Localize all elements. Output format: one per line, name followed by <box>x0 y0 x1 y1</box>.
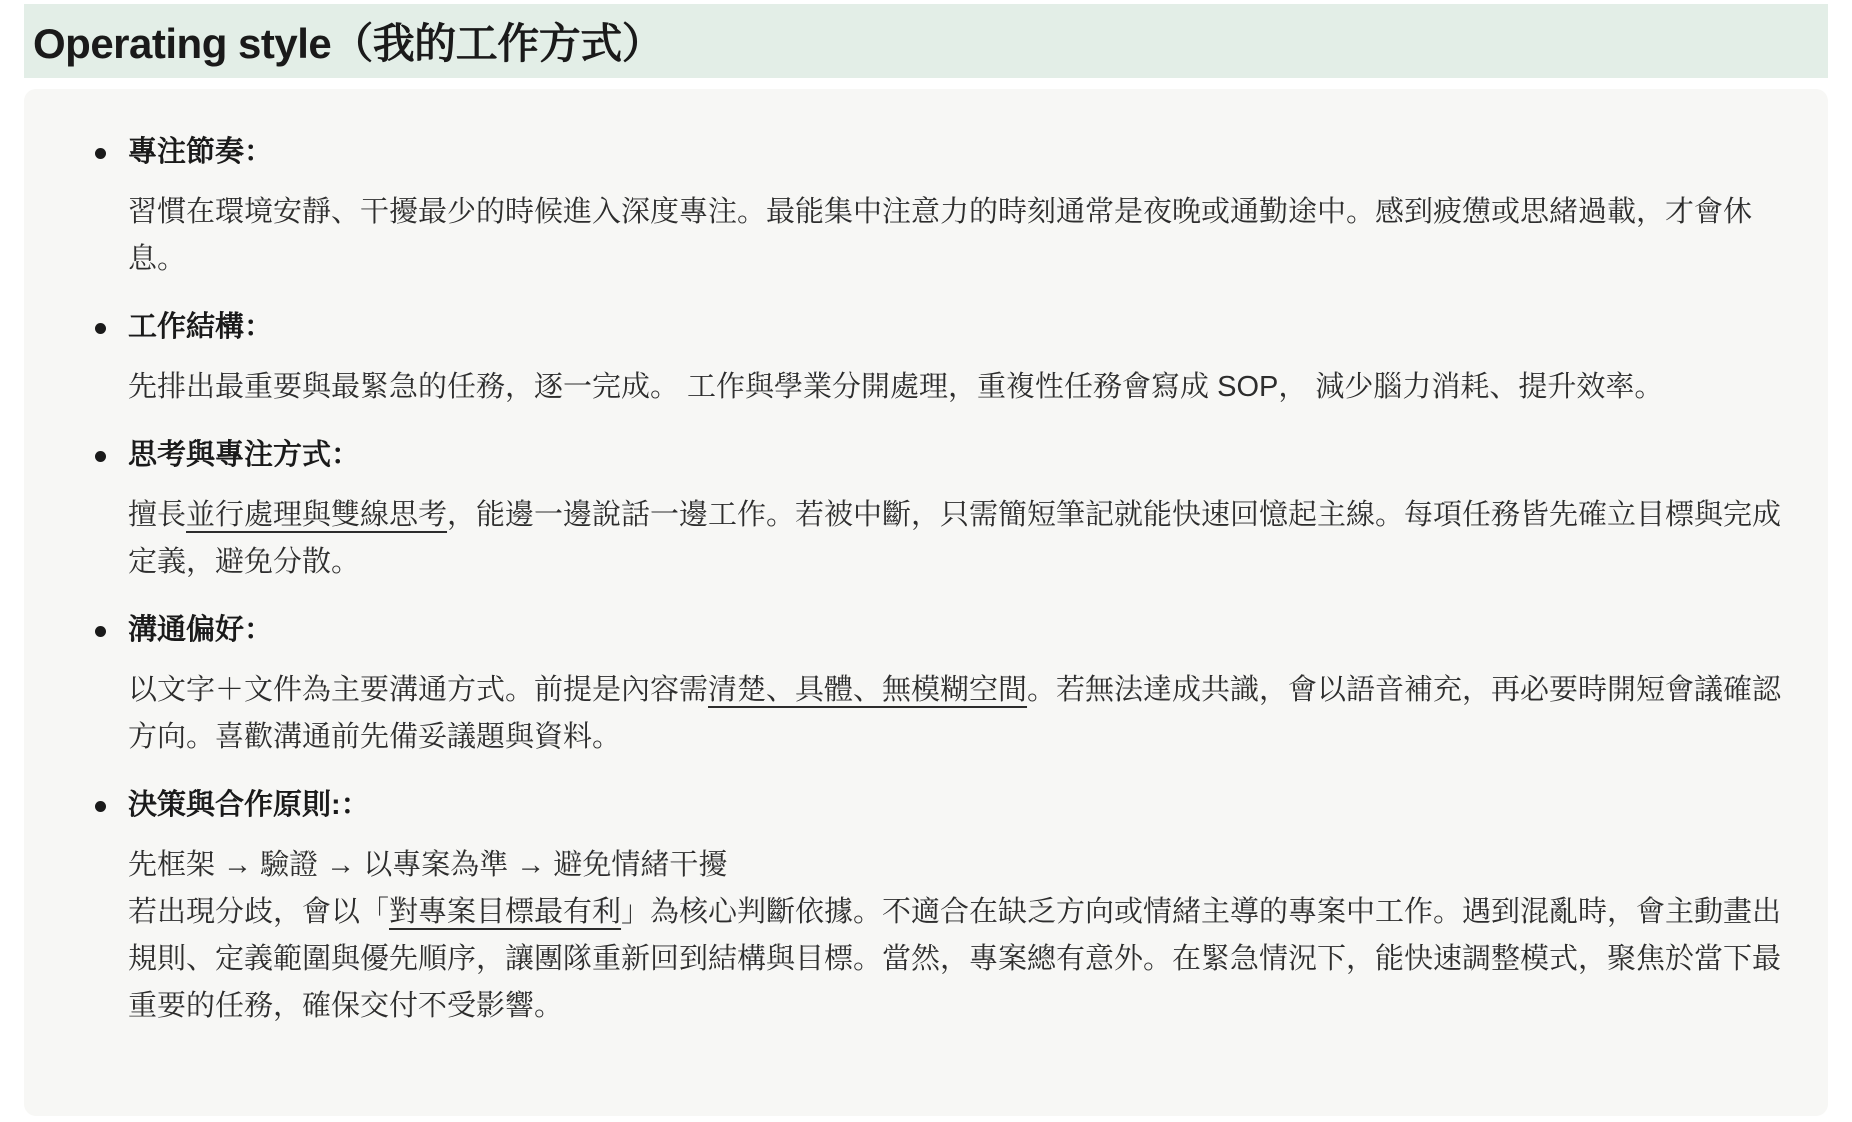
section-header-banner: Operating style（我的工作方式） <box>24 4 1828 78</box>
list-item: 溝通偏好： 以文字＋文件為主要溝通方式。前提是內容需清楚、具體、無模糊空間。若無… <box>64 607 1788 761</box>
list-item-description: 以文字＋文件為主要溝通方式。前提是內容需清楚、具體、無模糊空間。若無法達成共識，… <box>128 667 1788 761</box>
underlined-text: 並行處理與雙線思考 <box>186 499 447 531</box>
underlined-text: 對專案目標最有利 <box>389 896 621 928</box>
list-item-term: 思考與專注方式： <box>128 432 1788 479</box>
text-run: 習慣在環境安靜、干擾最少的時候進入深度專注。最能集中注意力的時刻通常是夜晚或通勤… <box>128 196 1752 275</box>
bullet-icon <box>95 148 106 159</box>
list-item: 思考與專注方式： 擅長並行處理與雙線思考，能邊一邊說話一邊工作。若被中斷，只需簡… <box>64 432 1788 586</box>
content-card: 專注節奏： 習慣在環境安靜、干擾最少的時候進入深度專注。最能集中注意力的時刻通常… <box>24 89 1828 1116</box>
list-item: 工作結構： 先排出最重要與最緊急的任務，逐一完成。 工作與學業分開處理，重複性任… <box>64 304 1788 411</box>
text-run: 若出現分歧，會以「 <box>128 896 389 928</box>
operating-style-list: 專注節奏： 習慣在環境安靜、干擾最少的時候進入深度專注。最能集中注意力的時刻通常… <box>64 129 1788 1030</box>
text-run: 先框架 → 驗證 → 以專案為準 → 避免情緒干擾 <box>128 849 727 881</box>
bullet-icon <box>95 451 106 462</box>
list-item-term: 溝通偏好： <box>128 607 1788 654</box>
bullet-icon <box>95 323 106 334</box>
list-item-description: 先排出最重要與最緊急的任務，逐一完成。 工作與學業分開處理，重複性任務會寫成 S… <box>128 364 1788 411</box>
list-item-term: 專注節奏： <box>128 129 1788 176</box>
text-run: 先排出最重要與最緊急的任務，逐一完成。 工作與學業分開處理，重複性任務會寫成 S… <box>128 371 1663 403</box>
list-item: 專注節奏： 習慣在環境安靜、干擾最少的時候進入深度專注。最能集中注意力的時刻通常… <box>64 129 1788 283</box>
underlined-text: 清楚、具體、無模糊空間 <box>708 674 1027 706</box>
list-item-description: 擅長並行處理與雙線思考，能邊一邊說話一邊工作。若被中斷，只需簡短筆記就能快速回憶… <box>128 492 1788 586</box>
list-item-term: 工作結構： <box>128 304 1788 351</box>
text-run: 以文字＋文件為主要溝通方式。前提是內容需 <box>128 674 708 706</box>
list-item-description: 先框架 → 驗證 → 以專案為準 → 避免情緒干擾若出現分歧，會以「對專案目標最… <box>128 842 1788 1030</box>
list-item-description: 習慣在環境安靜、干擾最少的時候進入深度專注。最能集中注意力的時刻通常是夜晚或通勤… <box>128 189 1788 283</box>
bullet-icon <box>95 801 106 812</box>
list-item: 決策與合作原則:： 先框架 → 驗證 → 以專案為準 → 避免情緒干擾若出現分歧… <box>64 782 1788 1030</box>
text-run: 擅長 <box>128 499 186 531</box>
list-item-term: 決策與合作原則:： <box>128 782 1788 829</box>
bullet-icon <box>95 626 106 637</box>
page-title: Operating style（我的工作方式） <box>33 11 663 71</box>
